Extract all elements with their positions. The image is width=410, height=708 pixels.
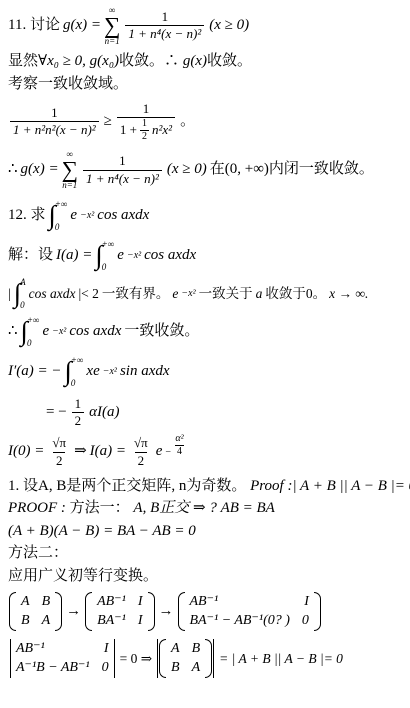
period-mark: 。 (180, 112, 195, 132)
half-fraction: 1 2 (139, 118, 150, 142)
text-examine-domain: 考察一致收敛域。 (8, 76, 128, 92)
problem-12-statement: 12. 求 ∫ +∞0 e−x² cos axdx (8, 200, 408, 232)
determinant-claim: | A + B || A − B |= 0 (292, 478, 410, 494)
one-half-fraction: 1 2 (72, 396, 85, 430)
problem-11-conclusion: ∴ g(x) = ∞ ∑ n=1 1 1 + n⁴(x − n)² (x ≥ 0… (8, 150, 408, 190)
sigma-icon: ∑ (104, 15, 120, 37)
det-bar-icon (213, 639, 214, 678)
matrix-reduced: AB⁻¹I BA⁻¹ − AB⁻¹(0? )0 (178, 592, 321, 631)
matrix-ABinv-I: AB⁻¹I BA⁻¹I (85, 592, 154, 631)
text-obviously: 显然 (8, 53, 38, 69)
text-converges: 收敛。 (207, 53, 252, 69)
matrix-cell: 0 (102, 661, 109, 675)
det-bar-icon (114, 639, 115, 678)
method-1-label: 方法一： (70, 500, 130, 516)
integral-symbol-4: ∫ +∞0 (21, 316, 40, 348)
matrix-cell: AB⁻¹ (97, 595, 126, 609)
sqrt-pi-over-2-b: √π 2 (131, 435, 151, 469)
text-converges-therefore: 收敛。∴ (119, 53, 183, 69)
left-paren-icon (85, 592, 92, 631)
uniform-bound-line: | ∫ A0 cos axdx |< 2 一致有界。 e−x² 一致关于a收敛于… (8, 278, 408, 310)
sigma-icon: ∑ (62, 159, 78, 181)
det-bar-icon (157, 639, 158, 678)
equals-zero-implies: = 0 ⇒ (120, 650, 152, 668)
integral-symbol-2: ∫ +∞0 (95, 240, 114, 272)
matrix-cell: B (171, 661, 180, 675)
text-solve-let: 解：设 (8, 246, 53, 266)
expansion-line: (A + B)(A − B) = BA − AB = 0 (8, 522, 408, 542)
uniform-convergence-conclusion: ∴ ∫ +∞0 e−x² cos axdx一致收敛。 (8, 316, 408, 348)
therefore-icon: ∴ (8, 160, 18, 180)
matrix-AB-BA: AB BA (9, 592, 62, 631)
method-2-label-line: 方法二： (8, 544, 408, 564)
abs-bar: | (8, 285, 11, 303)
examine-line: 考察一致收敛域。 (8, 75, 408, 95)
e-base: e (70, 206, 77, 226)
integral-symbol-5: ∫ +∞0 (65, 356, 84, 388)
right-paren-icon (55, 592, 62, 631)
gx-lhs: g(x) = (63, 16, 101, 36)
matrix-cell: BA⁻¹ (97, 614, 126, 628)
problem-11-label: 11. 讨论 (8, 16, 60, 36)
int-lower: 0 (55, 223, 68, 232)
uniform-convergence-text: 在(0, +∞)内闭一致收敛。 (210, 160, 374, 180)
domain-condition: (x ≥ 0) (209, 16, 249, 36)
Ia-lhs: I(a) = (56, 246, 92, 266)
therefore-icon: ∴ (8, 322, 18, 342)
left-paren-icon (9, 592, 16, 631)
matrix-cell: I (138, 614, 143, 628)
pointwise-convergence-line: 显然∀x₀ ≥ 0, g(x₀)收敛。∴ g(x)收敛。 (8, 52, 408, 72)
int-upper: +∞ (55, 200, 68, 209)
proof-caps-word: PROOF : (8, 500, 66, 516)
problem-12-label: 12. 求 (8, 206, 46, 226)
sqrt-pi-over-2: √π 2 (49, 435, 69, 469)
result-exponent: − (165, 446, 171, 459)
proof-method-1-line: PROOF : 方法一： A, B正交 ⇒ ? AB = BA (8, 499, 408, 519)
gx-lhs-2: g(x) = (21, 160, 59, 180)
determinant-of-block-matrix: AB BA (156, 639, 215, 678)
matrix-cell: I (304, 595, 309, 609)
sum-lower-limit: n=1 (105, 37, 120, 46)
arrow-icon: → (66, 602, 81, 622)
determinant-ABinv: AB⁻¹I A⁻¹B − AB⁻¹0 (9, 639, 116, 678)
summation-symbol-2: ∞ ∑ n=1 (62, 150, 78, 190)
left-paren-icon (178, 592, 185, 631)
matrix-cell: A⁻¹B − AB⁻¹ (16, 661, 90, 675)
final-identity: = | A + B || A − B |= 0 (219, 650, 343, 668)
matrix-cell: AB⁻¹ (16, 642, 45, 656)
arrow-icon: → (159, 602, 174, 622)
matrix-cell: I (104, 642, 109, 656)
right-paren-icon (148, 592, 155, 631)
geq-sign: ≥ (104, 112, 112, 132)
alpha-sq-over-4: α²4 (175, 433, 184, 457)
cos-term: cos axdx (97, 206, 149, 226)
matrix-cell: AB⁻¹ (190, 595, 219, 609)
series-term-fraction-2: 1 1 + n⁴(x − n)² (83, 153, 162, 187)
summation-symbol: ∞ ∑ n=1 (104, 6, 120, 46)
determinant-conclusion-line: AB⁻¹I A⁻¹B − AB⁻¹0 = 0 ⇒ AB BA = | A + B… (8, 639, 408, 678)
problem-1-statement: 1. 设A, B是两个正交矩阵, n为奇数。 Proof :| A + B ||… (8, 477, 408, 497)
integral-symbol-3: ∫ A0 (14, 278, 26, 310)
integral-symbol: ∫ +∞0 (49, 200, 68, 232)
derivative-simplified-line: = − 1 2 αI(a) (46, 396, 408, 430)
matrix-cell: I (138, 595, 143, 609)
solution-setup-line: 解：设 I(a) = ∫ +∞0 e−x² cos axdx (8, 240, 408, 272)
problem-11-statement: 11. 讨论 g(x) = ∞ ∑ n=1 1 1 + n⁴(x − n)² (… (8, 6, 408, 46)
fraction-inequality-line: 1 1 + n²n²(x − n)² ≥ 1 1 + 1 2 n²x² 。 (8, 101, 408, 142)
matrix-cell: BA⁻¹ − AB⁻¹(0? ) (190, 614, 290, 628)
proof-word: Proof : (250, 478, 292, 494)
I0-lhs: I(0) = (8, 442, 44, 462)
e-exponent: −x² (80, 209, 94, 222)
left-fraction: 1 1 + n²n²(x − n)² (10, 105, 99, 139)
series-term-fraction: 1 1 + n⁴(x − n)² (125, 9, 204, 43)
apply-transform-line: 应用广义初等行变换。 (8, 567, 408, 587)
matrix-cell: B (42, 595, 51, 609)
right-fraction-denominator: 1 + 1 2 n²x² (117, 117, 175, 142)
matrix-transform-line: AB BA → AB⁻¹I BA⁻¹I → AB⁻¹I BA⁻¹ − AB⁻¹(… (8, 592, 408, 631)
forall-condition: ∀x₀ ≥ 0, g(x₀) (38, 53, 119, 69)
left-paren-icon (159, 639, 166, 678)
math-notes-page: 11. 讨论 g(x) = ∞ ∑ n=1 1 1 + n⁴(x − n)² (… (0, 0, 410, 708)
matrix-cell: A (192, 661, 201, 675)
right-fraction: 1 1 + 1 2 n²x² (117, 101, 175, 142)
matrix-cell: A (171, 642, 180, 656)
implies-icon: ⇒ (74, 442, 87, 462)
right-paren-icon (314, 592, 321, 631)
I-prime-lhs: I′(a) = − (8, 362, 62, 382)
gx-term: g(x) (183, 53, 207, 69)
matrix-cell: A (21, 595, 30, 609)
final-result-line: I(0) = √π 2 ⇒ I(a) = √π 2 e−α²4 (8, 435, 408, 469)
domain-condition-2: (x ≥ 0) (167, 160, 207, 180)
matrix-cell: B (21, 614, 30, 628)
derivative-line: I′(a) = − ∫ +∞0 xe−x² sin axdx (8, 356, 408, 388)
Ia-result-lhs: I(a) = (90, 442, 126, 462)
right-paren-icon (205, 639, 212, 678)
matrix-cell: 0 (302, 614, 309, 628)
matrix-cell: A (42, 614, 51, 628)
matrix-cell: B (192, 642, 201, 656)
